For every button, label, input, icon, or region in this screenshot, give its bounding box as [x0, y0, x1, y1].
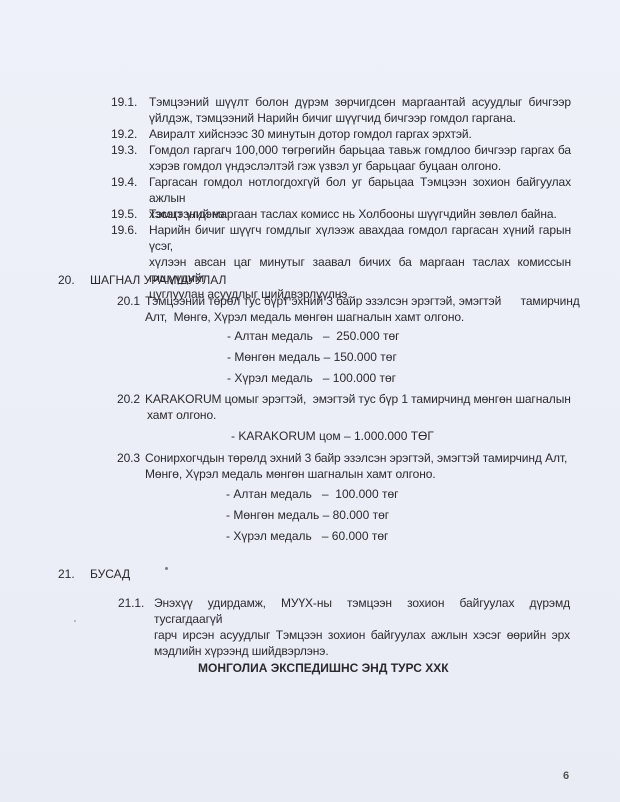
item-number: 20.2 [117, 391, 140, 407]
item-number: 19.6. [111, 222, 137, 238]
item-19-3: 19.3. Гомдол гаргагч 100,000 төгрөгийн б… [111, 142, 571, 174]
prize-silver-amateur: - Мөнгөн медаль – 80.000 төг [226, 507, 389, 523]
item-body: Сонирхогчдын төрөлд эхний 3 байр эзэлсэн… [145, 450, 570, 482]
prize-bronze-amateur: - Хүрэл медаль – 60.000 төг [226, 528, 388, 544]
item-body: Тэмцээний төрөл тус бүрт эхний 3 байр эз… [145, 293, 570, 325]
item-number: 21.1. [118, 595, 144, 611]
scan-speck [165, 567, 168, 570]
item-19-6: 19.6. Нарийн бичиг шүүгч гомдлыг хүлээж … [111, 222, 571, 270]
section-number: 20. [58, 272, 75, 288]
item-number: 19.4. [111, 174, 137, 190]
section-number: 21. [58, 566, 75, 582]
prize-bronze: - Хүрэл медаль – 100.000 төг [227, 370, 396, 386]
item-body: Гомдол гаргагч 100,000 төгрөгийн барьцаа… [149, 142, 571, 174]
item-19-5: 19.5. Тэмцээний маргаан таслах комисс нь… [111, 206, 571, 222]
scan-speck [74, 620, 76, 622]
company-name: МОНГОЛИА ЭКСПЕДИШНС ЭНД ТУРС ХХК [198, 660, 449, 676]
item-21-1: 21.1. Энэхүү удирдамж, МУҮХ-ны тэмцээн з… [118, 595, 570, 643]
item-20-3: 20.3 Сонирхогчдын төрөлд эхний 3 байр эз… [117, 450, 567, 482]
item-number: 19.3. [111, 142, 137, 158]
item-number: 20.1 [117, 293, 140, 309]
item-number: 19.1. [111, 94, 137, 110]
item-20-2: 20.2 KARAKORUM цомыг эрэгтэй, эмэгтэй ту… [117, 391, 567, 423]
prize-gold: - Алтан медаль – 250.000 төг [227, 328, 400, 344]
item-body: Тэмцээний маргаан таслах комисс нь Холбо… [149, 206, 571, 222]
item-number: 19.2. [111, 126, 137, 142]
item-19-1: 19.1. Тэмцээний шүүлт болон дүрэм зөрчиг… [111, 94, 571, 126]
item-body: Энэхүү удирдамж, МУҮХ-ны тэмцээн зохион … [154, 595, 570, 659]
item-body: Авиралт хийснээс 30 минутын дотор гомдол… [149, 126, 571, 142]
document-page: 19.1. Тэмцээний шүүлт болон дүрэм зөрчиг… [0, 0, 620, 802]
item-body: Тэмцээний шүүлт болон дүрэм зөрчигдсөн м… [149, 94, 571, 126]
item-19-4: 19.4. Гаргасан гомдол нотлогдохгүй бол у… [111, 174, 571, 206]
prize-gold-amateur: - Алтан медаль – 100.000 төг [226, 486, 399, 502]
item-body: Нарийн бичиг шүүгч гомдлыг хүлээж авахда… [149, 222, 571, 302]
prize-karakorum-cup: - KARAKORUM цом – 1.000.000 ТӨГ [231, 428, 434, 444]
section-title: БУСАД [90, 566, 130, 582]
page-number: 6 [563, 770, 569, 782]
item-body: KARAKORUM цомыг эрэгтэй, эмэгтэй тус бүр… [145, 391, 570, 423]
item-19-2: 19.2. Авиралт хийснээс 30 минутын дотор … [111, 126, 571, 142]
section-title: ШАГНАЛ УРАМШУУЛАЛ [90, 272, 226, 288]
item-number: 20.3 [117, 450, 140, 466]
item-20-1: 20.1 Тэмцээний төрөл тус бүрт эхний 3 ба… [117, 293, 567, 325]
prize-silver: - Мөнгөн медаль – 150.000 төг [227, 349, 397, 365]
item-number: 19.5. [111, 206, 137, 222]
